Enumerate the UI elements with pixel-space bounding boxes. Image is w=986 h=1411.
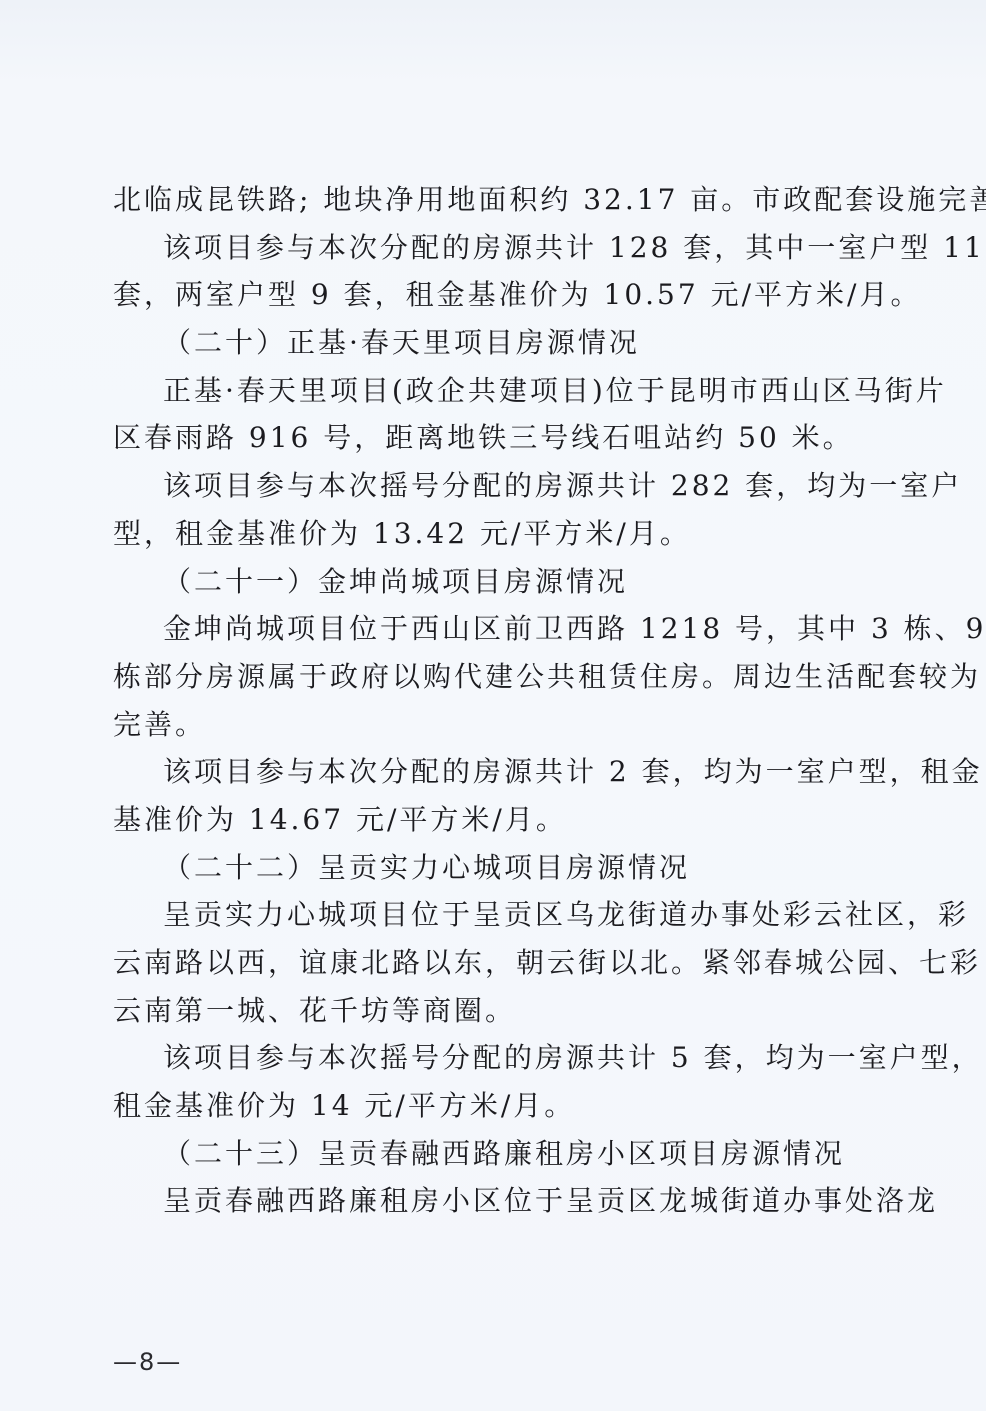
paragraph-line: 云南第一城、花千坊等商圈。 <box>113 987 869 1035</box>
paragraph-line: 该项目参与本次摇号分配的房源共计 5 套，均为一室户型， <box>113 1034 869 1082</box>
section-heading-21: （二十一）金坤尚城项目房源情况 <box>113 558 869 606</box>
page-number: —8— <box>113 1348 182 1376</box>
section-heading-20: （二十）正基·春天里项目房源情况 <box>113 319 869 367</box>
paragraph-line: 区春雨路 916 号，距离地铁三号线石咀站约 50 米。 <box>113 414 869 462</box>
paragraph-line: 北临成昆铁路; 地块净用地面积约 32.17 亩。市政配套设施完善。 <box>113 176 869 224</box>
paragraph-line: 基准价为 14.67 元/平方米/月。 <box>113 796 869 844</box>
paragraph-line: 该项目参与本次分配的房源共计 2 套，均为一室户型，租金 <box>113 748 869 796</box>
document-page: 北临成昆铁路; 地块净用地面积约 32.17 亩。市政配套设施完善。 该项目参与… <box>0 0 986 1411</box>
paragraph-line: 栋部分房源属于政府以购代建公共租赁住房。周边生活配套较为 <box>113 653 869 701</box>
paragraph-line: 该项目参与本次分配的房源共计 128 套，其中一室户型 119 <box>113 224 869 272</box>
paragraph-line: 型，租金基准价为 13.42 元/平方米/月。 <box>113 510 869 558</box>
paragraph-line: 金坤尚城项目位于西山区前卫西路 1218 号，其中 3 栋、9 <box>113 605 869 653</box>
paragraph-line: 完善。 <box>113 701 869 749</box>
body-text: 北临成昆铁路; 地块净用地面积约 32.17 亩。市政配套设施完善。 该项目参与… <box>113 176 869 1225</box>
paragraph-line: 呈贡实力心城项目位于呈贡区乌龙街道办事处彩云社区，彩 <box>113 891 869 939</box>
paragraph-line: 该项目参与本次摇号分配的房源共计 282 套，均为一室户 <box>113 462 869 510</box>
paragraph-line: 正基·春天里项目(政企共建项目)位于昆明市西山区马街片 <box>113 367 869 415</box>
section-heading-23: （二十三）呈贡春融西路廉租房小区项目房源情况 <box>113 1130 869 1178</box>
paragraph-line: 套，两室户型 9 套，租金基准价为 10.57 元/平方米/月。 <box>113 271 869 319</box>
section-heading-22: （二十二）呈贡实力心城项目房源情况 <box>113 844 869 892</box>
paragraph-line: 云南路以西，谊康北路以东，朝云街以北。紧邻春城公园、七彩 <box>113 939 869 987</box>
paragraph-line: 呈贡春融西路廉租房小区位于呈贡区龙城街道办事处洛龙 <box>113 1177 869 1225</box>
paragraph-line: 租金基准价为 14 元/平方米/月。 <box>113 1082 869 1130</box>
